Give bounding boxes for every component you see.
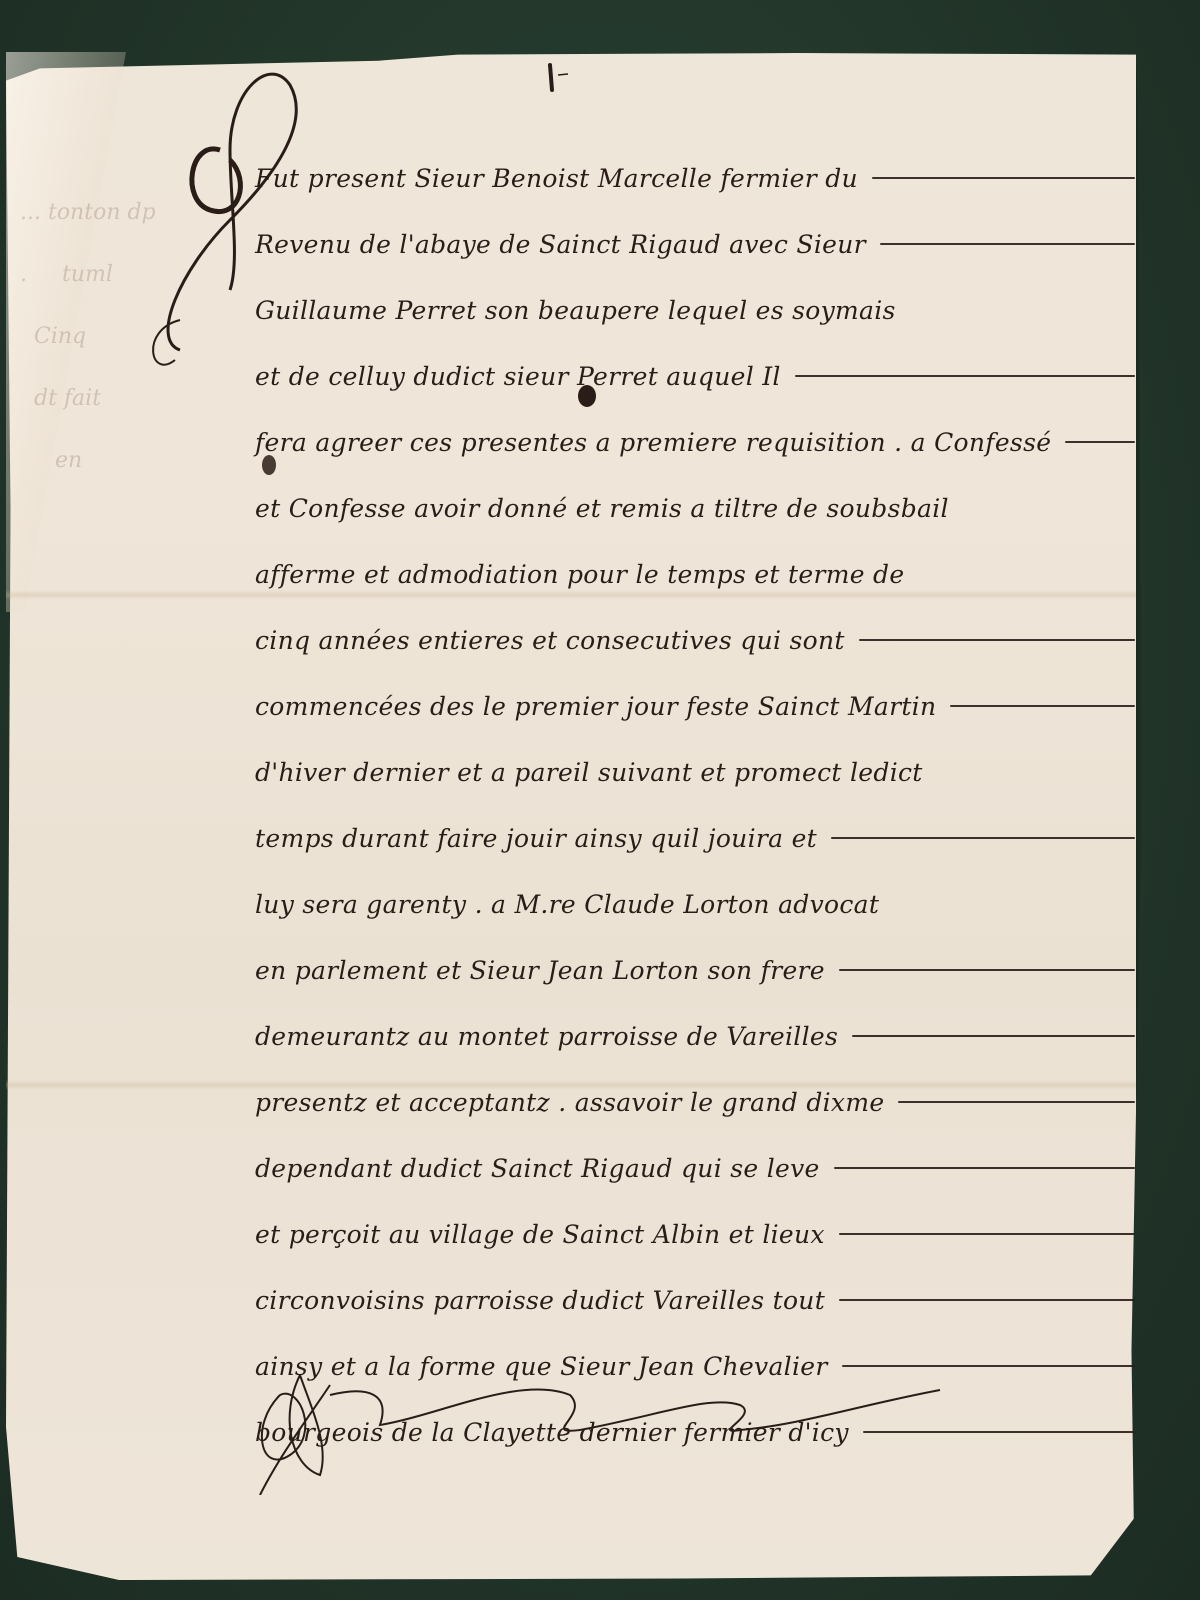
line-end-dash — [898, 1101, 1135, 1103]
manuscript-line: en parlement et Sieur Jean Lorton son fr… — [255, 937, 1135, 1003]
manuscript-line: circonvoisins parroisse dudict Vareilles… — [255, 1267, 1135, 1333]
manuscript-line: fera agreer ces presentes a premiere req… — [255, 409, 1135, 475]
manuscript-line: commencées des le premier jour feste Sai… — [255, 673, 1135, 739]
manuscript-line: presentz et acceptantz . assavoir le gra… — [255, 1069, 1135, 1135]
manuscript-line: Revenu de l'abaye de Sainct Rigaud avec … — [255, 211, 1135, 277]
line-end-dash — [839, 1233, 1135, 1235]
manuscript-line: et de celluy dudict sieur Perret auquel … — [255, 343, 1135, 409]
manuscript-line: et Confesse avoir donné et remis a tiltr… — [255, 475, 1135, 541]
line-end-dash — [831, 837, 1135, 839]
manuscript-line: cinq années entieres et consecutives qui… — [255, 607, 1135, 673]
top-ink-mark — [540, 60, 570, 100]
manuscript-line: luy sera garenty . a M.re Claude Lorton … — [255, 871, 1135, 937]
line-end-dash — [859, 639, 1135, 641]
line-end-dash — [950, 705, 1135, 707]
manuscript-line: demeurantz au montet parroisse de Vareil… — [255, 1003, 1135, 1069]
line-end-dash — [834, 1167, 1135, 1169]
ink-blot — [262, 455, 276, 475]
manuscript-line: et perçoit au village de Sainct Albin et… — [255, 1201, 1135, 1267]
line-end-dash — [880, 243, 1135, 245]
line-end-dash — [872, 177, 1135, 179]
manuscript-line: temps durant faire jouir ainsy quil joui… — [255, 805, 1135, 871]
manuscript-line: Fut present Sieur Benoist Marcelle fermi… — [255, 145, 1135, 211]
manuscript-line: afferme et admodiation pour le temps et … — [255, 541, 1135, 607]
manuscript-body: Fut present Sieur Benoist Marcelle fermi… — [255, 145, 1135, 1465]
line-end-dash — [852, 1035, 1135, 1037]
paraph-signature — [240, 1355, 1000, 1495]
line-end-dash — [1065, 441, 1135, 443]
manuscript-line: Guillaume Perret son beaupere lequel es … — [255, 277, 1135, 343]
ink-blot — [578, 385, 596, 407]
manuscript-line: dependant dudict Sainct Rigaud qui se le… — [255, 1135, 1135, 1201]
line-end-dash — [839, 1299, 1135, 1301]
line-end-dash — [839, 969, 1135, 971]
line-end-dash — [795, 375, 1135, 377]
manuscript-line: d'hiver dernier et a pareil suivant et p… — [255, 739, 1135, 805]
